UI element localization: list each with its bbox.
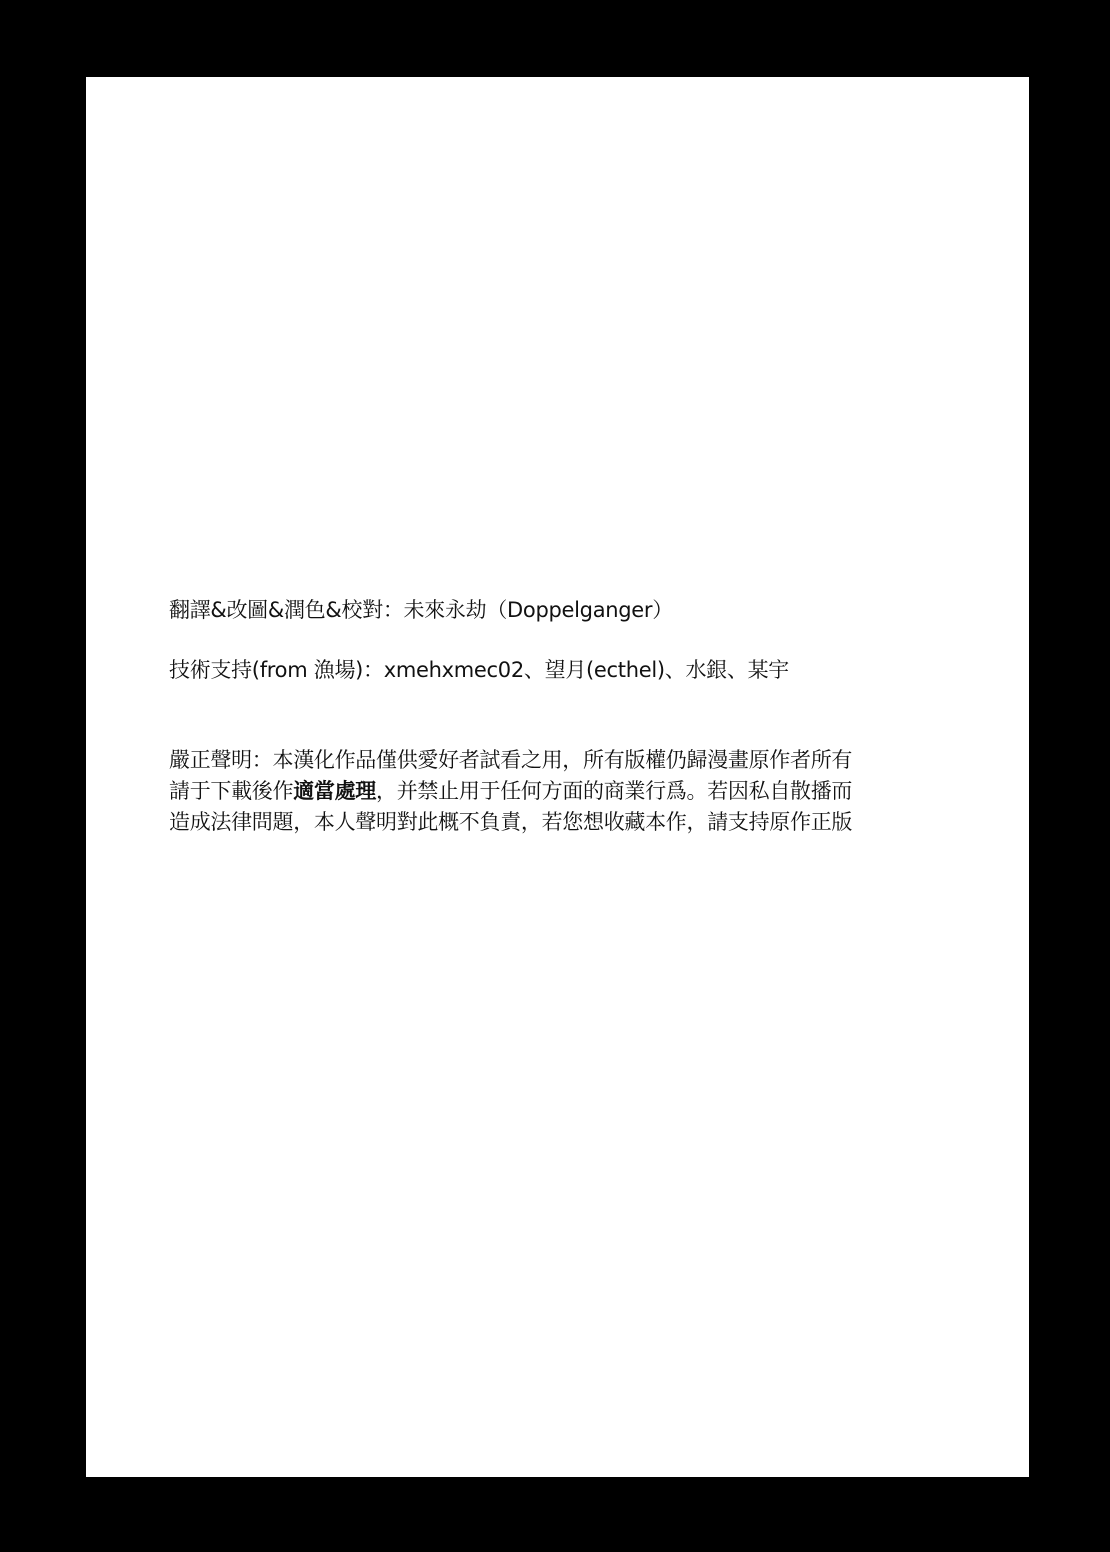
disclaimer-emphasis: 適當處理: [293, 779, 376, 803]
disclaimer-line-2: 請于下載後作適當處理，并禁止用于任何方面的商業行爲。若因私自散播而: [169, 781, 852, 802]
translation-credits: 翻譯&改圖&潤色&校對：未來永劫（Doppelganger）: [169, 600, 673, 621]
white-page: 翻譯&改圖&潤色&校對：未來永劫（Doppelganger） 技術支持(from…: [86, 77, 1029, 1477]
disclaimer-line-2-post: ，并禁止用于任何方面的商業行爲。若因私自散播而: [376, 779, 852, 803]
disclaimer-line-2-pre: 請于下載後作: [169, 779, 293, 803]
tech-support-credits: 技術支持(from 漁場)：xmehxmec02、望月(ecthel)、水銀、某…: [169, 660, 789, 681]
disclaimer-line-3: 造成法律問題，本人聲明對此概不負責，若您想收藏本作，請支持原作正版: [169, 812, 852, 833]
disclaimer-line-1: 嚴正聲明：本漢化作品僅供愛好者試看之用，所有版權仍歸漫畫原作者所有: [169, 750, 852, 771]
